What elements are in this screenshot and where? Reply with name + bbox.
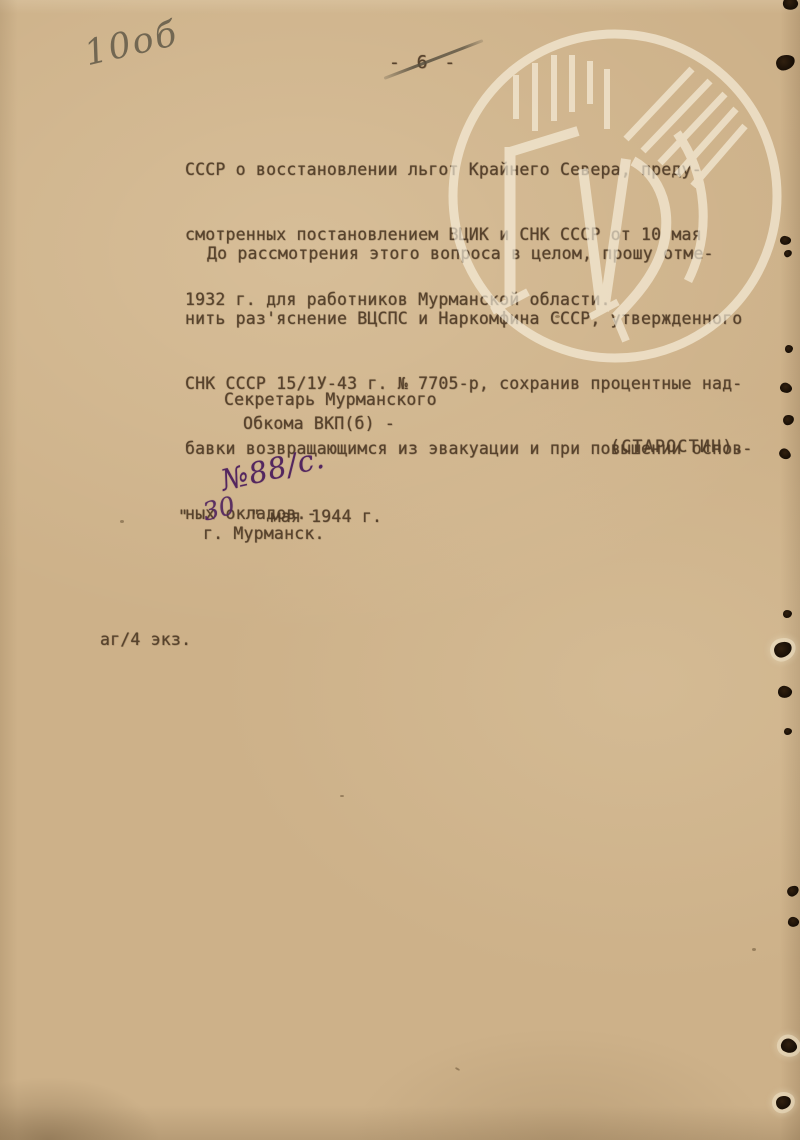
clerk-initials-note: аг/4 экз. (100, 630, 191, 649)
archive-folio-note: 10об (81, 14, 183, 74)
signature-title-line-2: Обкома ВКП(б) - (243, 412, 395, 436)
paper-speck (120, 520, 124, 523)
signatory-name: (СТАРОСТИН). (610, 437, 745, 456)
city-line: г. Мурманск. (203, 524, 325, 543)
punch-hole (784, 728, 792, 735)
punch-hole (772, 640, 794, 660)
punch-hole (777, 685, 793, 700)
handwritten-day: 30 (200, 491, 238, 527)
document-scan: 10об - 6 - СССР о восстановлении льгот К… (0, 0, 800, 1140)
paper-speck (455, 1067, 460, 1071)
signature-title-line-1: Секретарь Мурманского (224, 388, 437, 412)
punch-hole (783, 610, 792, 618)
watermark-monogram (492, 131, 703, 341)
punch-hole (778, 381, 793, 395)
punch-hole (775, 1095, 792, 1111)
watermark-wheat-bars (516, 55, 607, 131)
punch-hole (779, 1036, 800, 1056)
punch-hole (777, 446, 793, 461)
archive-emblem-watermark (430, 11, 800, 381)
punch-hole (785, 884, 800, 898)
open-quote: " (178, 507, 188, 526)
punch-hole (787, 916, 800, 929)
punch-hole (782, 414, 795, 426)
paper-speck (340, 795, 344, 797)
paper-speck (752, 948, 756, 951)
